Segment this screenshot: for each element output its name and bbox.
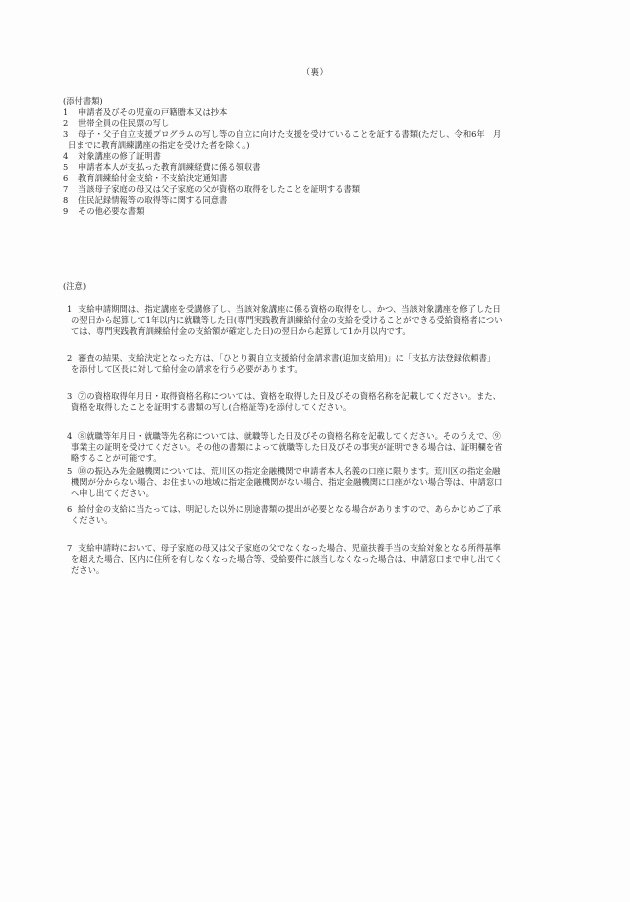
attachments-section: (添付書類) 1 申請者及びその児童の戸籍謄本又は抄本 2 世帯全員の住民票の写…	[63, 96, 583, 217]
note-text: ては、専門実践教育訓練給付金の支給額が確定した日)の翌日から起算して1か月以内で…	[63, 326, 583, 337]
note-text: を添付して区長に対して給付金の請求を行う必要があります。	[63, 364, 583, 375]
note-number: 1	[63, 304, 78, 315]
attachment-item-8: 8 住民記録情報等の取得等に関する同意書	[63, 195, 583, 206]
attachment-item-7: 7 当該母子家庭の母又は父子家庭の父が資格の取得をしたことを証明する書類	[63, 184, 583, 195]
attachment-item-3: 3 母子・父子自立支援プログラムの写し等の自立に向けた支援を受けていることを証す…	[63, 129, 583, 140]
attachment-item-5: 5 申請者本人が支払った教育訓練経費に係る領収書	[63, 162, 583, 173]
attachment-item-1: 1 申請者及びその児童の戸籍謄本又は抄本	[63, 107, 583, 118]
attachments-heading: (添付書類)	[63, 96, 583, 107]
note-text: へ申し出てください。	[63, 488, 583, 499]
note-text: 事業主の証明を受けてください。その他の書類によって就職等した日及びその事実が証明…	[63, 442, 583, 453]
note-number: 7	[63, 543, 78, 554]
attachment-text: 当該母子家庭の母又は父子家庭の父が資格の取得をしたことを証明する書類	[78, 184, 360, 195]
document-page: （裏） (添付書類) 1 申請者及びその児童の戸籍謄本又は抄本 2 世帯全員の住…	[0, 0, 630, 902]
note-item-1: 1 支給申請期間は、指定講座を受講修了し、当該対象講座に係る資格の取得をし、かつ…	[63, 304, 583, 337]
note-text: 支給申請時において、母子家庭の母又は父子家庭の父でなくなった場合、児童扶養手当の…	[78, 543, 501, 554]
note-text: ⑧就職等年月日・就職等先名称については、就職等した日及びその資格名称を記載してく…	[78, 431, 501, 442]
attachment-text: 母子・父子自立支援プログラムの写し等の自立に向けた支援を受けていることを証する書…	[78, 129, 501, 140]
note-text: 略することが可能です。	[63, 453, 583, 464]
attachment-text: その他必要な書類	[78, 206, 144, 217]
note-item-7: 7 支給申請時において、母子家庭の母又は父子家庭の父でなくなった場合、児童扶養手…	[63, 543, 583, 576]
note-text: ださい。	[63, 565, 583, 576]
attachment-number: 1	[63, 107, 78, 118]
note-item-3: 3 ⑦の資格取得年月日・取得資格名称については、資格を取得した日及びその資格名称…	[63, 391, 583, 413]
note-text: を超えた場合、区内に住所を有しなくなった場合等、受給要件に該当しなくなった場合は…	[63, 554, 583, 565]
note-text: 給付金の支給に当たっては、明記した以外に別途書類の提出が必要となる場合があります…	[78, 504, 501, 515]
attachment-text: 申請者及びその児童の戸籍謄本又は抄本	[78, 107, 227, 118]
attachment-text: 対象講座の修了証明書	[78, 151, 161, 162]
note-item-6: 6 給付金の支給に当たっては、明記した以外に別途書類の提出が必要となる場合があり…	[63, 504, 583, 526]
attachment-number: 9	[63, 206, 78, 217]
notes-section: (注意)	[63, 281, 583, 292]
attachment-number: 7	[63, 184, 78, 195]
note-number: 4	[63, 431, 78, 442]
note-text: 審査の結果、支給決定となった方は、「ひとり親自立支援給付金請求書(追加支給用)」…	[78, 353, 495, 364]
attachment-text: 住民記録情報等の取得等に関する同意書	[78, 195, 227, 206]
attachment-number: 5	[63, 162, 78, 173]
attachment-item-6: 6 教育訓練給付金支給・不支給決定通知書	[63, 173, 583, 184]
note-item-5: 5 ⑩の振込み先金融機関については、荒川区の指定金融機関で申請者本人名義の口座に…	[63, 466, 583, 499]
attachment-number: 4	[63, 151, 78, 162]
attachment-number: 3	[63, 129, 78, 140]
note-number: 6	[63, 504, 78, 515]
note-item-4: 4 ⑧就職等年月日・就職等先名称については、就職等した日及びその資格名称を記載し…	[63, 431, 583, 464]
attachment-text: 世帯全員の住民票の写し	[78, 118, 169, 129]
note-text: ⑩の振込み先金融機関については、荒川区の指定金融機関で申請者本人名義の口座に限り…	[78, 466, 500, 477]
note-text: ⑦の資格取得年月日・取得資格名称については、資格を取得した日及びその資格名称を記…	[78, 391, 501, 402]
attachment-item-2: 2 世帯全員の住民票の写し	[63, 118, 583, 129]
note-text: の翌日から起算して1年以内に就職等した日(専門実践教育訓練給付金の支給を受けるこ…	[63, 315, 583, 326]
note-text: 資格を取得したことを証明する書類の写し(合格証等)を添付してください。	[63, 402, 583, 413]
attachment-item-4: 4 対象講座の修了証明書	[63, 151, 583, 162]
attachment-item-9: 9 その他必要な書類	[63, 206, 583, 217]
note-number: 2	[63, 353, 78, 364]
attachment-text: 申請者本人が支払った教育訓練経費に係る領収書	[78, 162, 261, 173]
page-side-label: （裏）	[0, 66, 630, 78]
note-item-2: 2 審査の結果、支給決定となった方は、「ひとり親自立支援給付金請求書(追加支給用…	[63, 353, 583, 375]
note-number: 5	[63, 466, 78, 477]
attachment-number: 6	[63, 173, 78, 184]
attachment-number: 2	[63, 118, 78, 129]
note-text: ください。	[63, 515, 583, 526]
attachment-text: 教育訓練給付金支給・不支給決定通知書	[78, 173, 227, 184]
note-number: 3	[63, 391, 78, 402]
attachment-text-continued: 日までに教育訓練講座の指定を受けた者を除く。)	[63, 140, 583, 151]
notes-heading: (注意)	[63, 281, 583, 292]
note-text: 機関が分からない場合、お住まいの地域に指定金融機関がない場合、指定金融機関に口座…	[63, 477, 583, 488]
attachment-number: 8	[63, 195, 78, 206]
note-text: 支給申請期間は、指定講座を受講修了し、当該対象講座に係る資格の取得をし、かつ、当…	[78, 304, 501, 315]
